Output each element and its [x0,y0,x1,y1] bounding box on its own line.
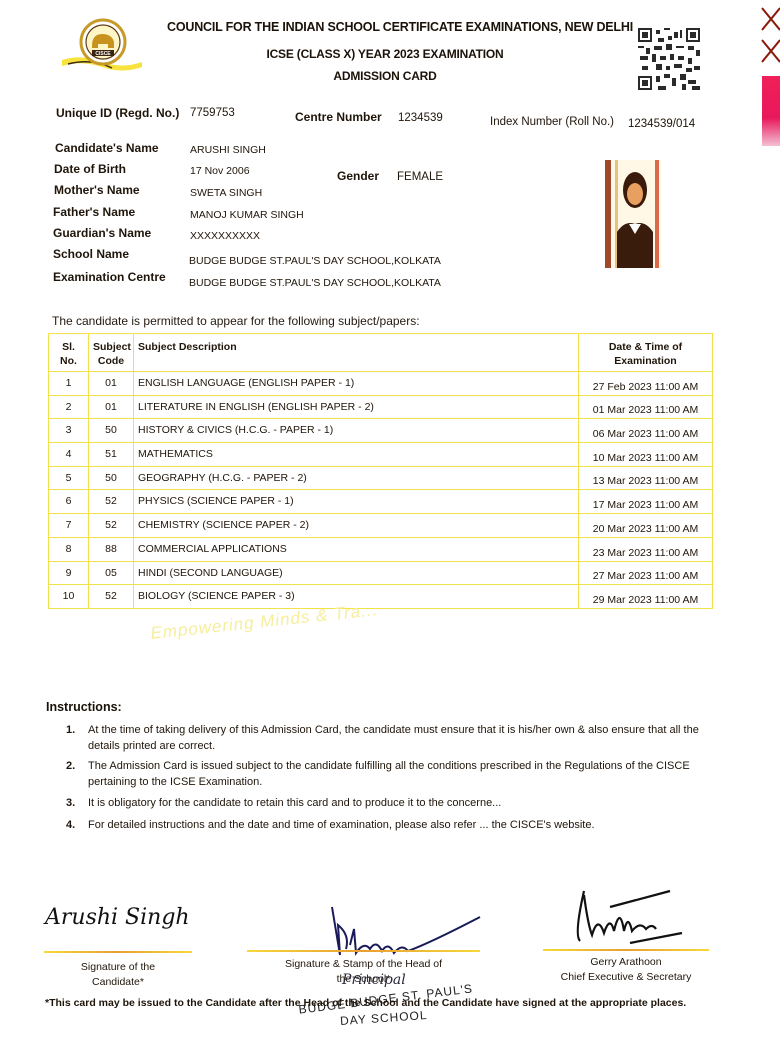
sl-no-cell: 5 [49,466,89,490]
instruction-item: 3.It is obligatory for the candidate to … [66,795,706,811]
exam-date-cell: 23 Mar 2023 11:00 AM [579,537,713,561]
subject-code-cell: 01 [89,372,134,396]
header-subject-code: SubjectCode [89,334,134,372]
father-name-value: MANOJ KUMAR SINGH [190,209,304,221]
exam-date-cell: 27 Feb 2023 11:00 AM [579,372,713,396]
index-number-value: 1234539/014 [628,118,695,130]
sl-no-cell: 8 [49,537,89,561]
sl-no-cell: 9 [49,561,89,585]
exam-date-cell: 10 Mar 2023 11:00 AM [579,443,713,467]
school-name-label: School Name [53,247,129,261]
subject-code-cell: 52 [89,514,134,538]
exam-date-cell: 01 Mar 2023 11:00 AM [579,395,713,419]
subject-description-cell: LITERATURE IN ENGLISH (ENGLISH PAPER - 2… [134,395,579,419]
exam-date-cell: 13 Mar 2023 11:00 AM [579,466,713,490]
subject-code-cell: 52 [89,490,134,514]
subject-row: 1052BIOLOGY (SCIENCE PAPER - 3)29 Mar 20… [49,585,713,609]
subject-description-cell: MATHEMATICS [134,443,579,467]
subject-row: 101ENGLISH LANGUAGE (ENGLISH PAPER - 1)2… [49,372,713,396]
subject-row: 888COMMERCIAL APPLICATIONS23 Mar 2023 11… [49,537,713,561]
father-name-label: Father's Name [53,205,135,219]
subject-code-cell: 50 [89,419,134,443]
exam-centre-value: BUDGE BUDGE ST.PAUL'S DAY SCHOOL,KOLKATA [189,277,441,289]
sl-no-cell: 1 [49,372,89,396]
centre-number-label: Centre Number [295,110,382,124]
subject-row: 550GEOGRAPHY (H.C.G. - PAPER - 2)13 Mar … [49,466,713,490]
subject-row: 905HINDI (SECOND LANGUAGE)27 Mar 2023 11… [49,561,713,585]
subject-description-cell: PHYSICS (SCIENCE PAPER - 1) [134,490,579,514]
secretary-signature [570,885,690,954]
sl-no-cell: 3 [49,419,89,443]
candidate-photo [605,160,661,268]
torn-paper-edge [760,0,780,72]
subject-description-cell: HISTORY & CIVICS (H.C.G. - PAPER - 1) [134,419,579,443]
mother-name-label: Mother's Name [54,183,140,197]
guardian-name-label: Guardian's Name [53,226,151,240]
unique-id-label: Unique ID (Regd. No.) [56,106,179,120]
subject-description-cell: CHEMISTRY (SCIENCE PAPER - 2) [134,514,579,538]
exam-date-cell: 29 Mar 2023 11:00 AM [579,585,713,609]
subject-description-cell: ENGLISH LANGUAGE (ENGLISH PAPER - 1) [134,372,579,396]
instructions-title: Instructions: [46,700,122,714]
subject-row: 350HISTORY & CIVICS (H.C.G. - PAPER - 1)… [49,419,713,443]
exam-date-cell: 06 Mar 2023 11:00 AM [579,419,713,443]
head-signature-line [247,950,480,952]
sl-no-cell: 7 [49,514,89,538]
subject-row: 752CHEMISTRY (SCIENCE PAPER - 2)20 Mar 2… [49,514,713,538]
subjects-table: Sl.No. SubjectCode Subject Description D… [48,333,712,609]
principal-stamp: Principal [342,972,406,988]
subject-code-cell: 88 [89,537,134,561]
secretary-signature-line [543,949,709,951]
exam-date-cell: 27 Mar 2023 11:00 AM [579,561,713,585]
dob-label: Date of Birth [54,162,126,176]
sl-no-cell: 10 [49,585,89,609]
centre-number-value: 1234539 [398,112,443,124]
candidate-signature: Arushi Singh [45,905,190,930]
school-stamp-line-2: DAY SCHOOL [340,1008,428,1028]
dob-value: 17 Nov 2006 [190,165,250,177]
instruction-item: 4.For detailed instructions and the date… [66,817,706,833]
candidate-name-label: Candidate's Name [55,141,159,155]
exam-date-cell: 17 Mar 2023 11:00 AM [579,490,713,514]
gender-value: FEMALE [397,171,443,183]
instruction-item: 2.The Admission Card is issued subject t… [66,758,706,790]
subject-code-cell: 01 [89,395,134,419]
subject-row: 652PHYSICS (SCIENCE PAPER - 1)17 Mar 202… [49,490,713,514]
gender-label: Gender [337,169,379,183]
subject-code-cell: 52 [89,585,134,609]
sl-no-cell: 4 [49,443,89,467]
subject-description-cell: GEOGRAPHY (H.C.G. - PAPER - 2) [134,466,579,490]
candidate-signature-caption: Signature of theCandidate* [44,960,192,990]
subject-code-cell: 50 [89,466,134,490]
subject-description-cell: HINDI (SECOND LANGUAGE) [134,561,579,585]
secretary-caption: Gerry ArathoonChief Executive & Secretar… [543,955,709,985]
candidate-name-value: ARUSHI SINGH [190,144,266,156]
mother-name-value: SWETA SINGH [190,187,262,199]
header-subject-description: Subject Description [134,334,579,372]
sl-no-cell: 6 [49,490,89,514]
sl-no-cell: 2 [49,395,89,419]
exam-centre-label: Examination Centre [53,270,166,284]
school-name-value: BUDGE BUDGE ST.PAUL'S DAY SCHOOL,KOLKATA [189,255,441,267]
subject-row: 201LITERATURE IN ENGLISH (ENGLISH PAPER … [49,395,713,419]
footnote: *This card may be issued to the Candidat… [45,997,686,1009]
instruction-item: 1.At the time of taking delivery of this… [66,722,706,754]
qr-code-icon [638,28,700,90]
header-sl-no: Sl.No. [49,334,89,372]
index-number-label: Index Number (Roll No.) [490,116,614,128]
subject-code-cell: 51 [89,443,134,467]
subject-description-cell: COMMERCIAL APPLICATIONS [134,537,579,561]
header-date-time: Date & Time ofExamination [579,334,713,372]
candidate-signature-line [44,951,192,953]
subjects-intro: The candidate is permitted to appear for… [52,314,420,328]
subject-row: 451MATHEMATICS10 Mar 2023 11:00 AM [49,443,713,467]
torn-paper-edge [762,76,780,146]
guardian-name-value: XXXXXXXXXX [190,230,260,242]
subject-code-cell: 05 [89,561,134,585]
exam-date-cell: 20 Mar 2023 11:00 AM [579,514,713,538]
unique-id-value: 7759753 [190,107,235,119]
